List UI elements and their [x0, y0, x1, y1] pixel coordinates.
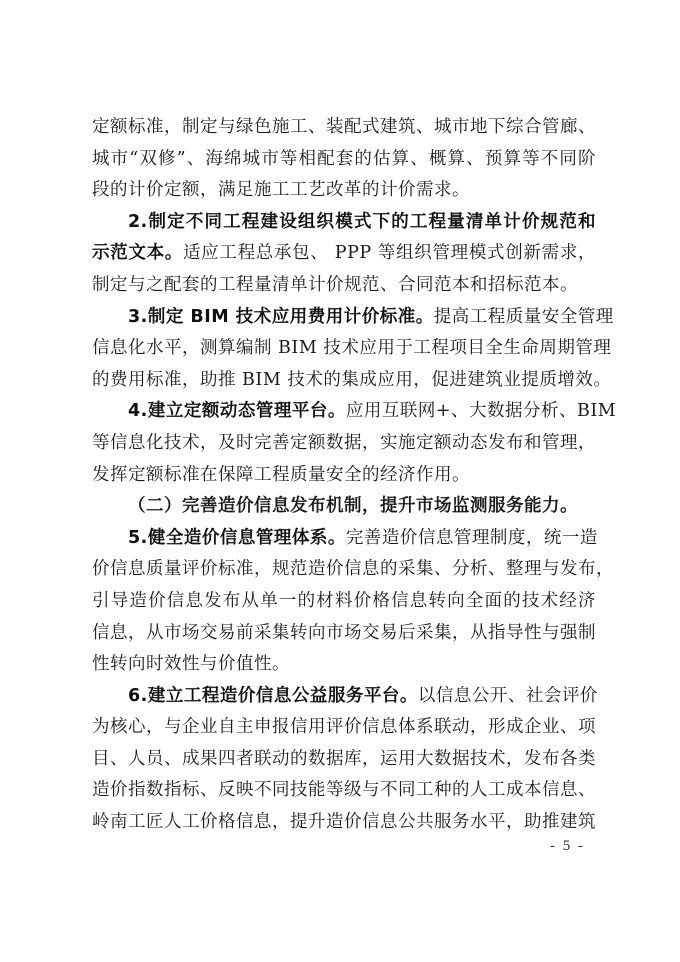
paragraph-line: 定额标准，制定与绿色施工、装配式建筑、城市地下综合管廊、: [92, 112, 596, 144]
body-text: 城市“双修”、海绵城市等相配套的估算、概算、预算等不同阶: [92, 149, 596, 169]
body-text: 信息，从市场交易前采集转向市场交易后采集，从指导性与强制: [92, 623, 596, 643]
body-text: 目、人员、成果四者联动的数据库，运用大数据技术，发布各类: [92, 749, 596, 769]
item-heading: 5.健全造价信息管理体系。: [128, 528, 346, 548]
paragraph-line: 造价指数指标、反映不同技能等级与不同工种的人工成本信息、: [92, 775, 596, 807]
item-heading: 3.制定 BIM 技术应用费用计价标准。: [128, 307, 434, 327]
body-text: 完善造价信息管理制度，统一造: [346, 528, 598, 548]
paragraph-line: 示范文本。适应工程总承包、 PPP 等组织管理模式创新需求，: [92, 238, 596, 270]
body-text: 发挥定额标准在保障工程质量安全的经济作用。: [92, 465, 470, 485]
paragraph-line: 价信息质量评价标准，规范造价信息的采集、分析、整理与发布，: [92, 554, 596, 586]
paragraph-line: 城市“双修”、海绵城市等相配套的估算、概算、预算等不同阶: [92, 144, 596, 176]
body-text: 性转向时效性与价值性。: [92, 654, 290, 674]
body-text: 定额标准，制定与绿色施工、装配式建筑、城市地下综合管廊、: [92, 117, 596, 137]
body-text: 引导造价信息发布从单一的材料价格信息转向全面的技术经济: [92, 591, 596, 611]
section-heading-text: （二）完善造价信息发布机制，提升市场监测服务能力。: [128, 496, 578, 516]
paragraph-line: 的费用标准，助推 BIM 技术的集成应用，促进建筑业提质增效。: [92, 365, 596, 397]
paragraph-line: 等信息化技术，及时完善定额数据，实施定额动态发布和管理，: [92, 428, 596, 460]
body-text: 制定与之配套的工程量清单计价规范、合同范本和招标范本。: [92, 275, 578, 295]
item-3-heading-line: 3.制定 BIM 技术应用费用计价标准。提高工程质量安全管理: [92, 302, 596, 334]
item-heading: 4.建立定额动态管理平台。: [128, 401, 346, 421]
paragraph-line: 岭南工匠人工价格信息，提升造价信息公共服务水平，助推建筑: [92, 807, 596, 839]
body-text: 的费用标准，助推 BIM 技术的集成应用，促进建筑业提质增效。: [92, 370, 611, 390]
paragraph-line: 引导造价信息发布从单一的材料价格信息转向全面的技术经济: [92, 586, 596, 618]
item-heading: 示范文本。: [92, 243, 183, 263]
paragraph-line: 目、人员、成果四者联动的数据库，运用大数据技术，发布各类: [92, 744, 596, 776]
body-text: 造价指数指标、反映不同技能等级与不同工种的人工成本信息、: [92, 780, 596, 800]
paragraph-line: 信息化水平，测算编制 BIM 技术应用于工程项目全生命周期管理: [92, 333, 596, 365]
paragraph-line: 制定与之配套的工程量清单计价规范、合同范本和招标范本。: [92, 270, 596, 302]
body-text: 以信息公开、社会评价: [418, 686, 598, 706]
paragraph-line: 性转向时效性与价值性。: [92, 649, 596, 681]
paragraph-line: 为核心，与企业自主申报信用评价信息体系联动，形成企业、项: [92, 712, 596, 744]
item-heading: 6.建立工程造价信息公益服务平台。: [128, 686, 418, 706]
item-2-heading-line: 2.制定不同工程建设组织模式下的工程量清单计价规范和: [92, 207, 596, 239]
item-4-heading-line: 4.建立定额动态管理平台。应用互联网+、大数据分析、BIM: [92, 396, 596, 428]
item-6-heading-line: 6.建立工程造价信息公益服务平台。以信息公开、社会评价: [92, 681, 596, 713]
body-text: 适应工程总承包、 PPP 等组织管理模式创新需求，: [183, 243, 596, 263]
paragraph-line: 发挥定额标准在保障工程质量安全的经济作用。: [92, 460, 596, 492]
body-text: 等信息化技术，及时完善定额数据，实施定额动态发布和管理，: [92, 433, 596, 453]
paragraph-line: 信息，从市场交易前采集转向市场交易后采集，从指导性与强制: [92, 618, 596, 650]
body-text: 应用互联网+、大数据分析、BIM: [346, 401, 616, 421]
body-text: 提高工程质量安全管理: [434, 307, 614, 327]
body-text: 段的计价定额，满足施工工艺改革的计价需求。: [92, 180, 470, 200]
document-body: 定额标准，制定与绿色施工、装配式建筑、城市地下综合管廊、 城市“双修”、海绵城市…: [92, 112, 596, 839]
document-page: 定额标准，制定与绿色施工、装配式建筑、城市地下综合管廊、 城市“双修”、海绵城市…: [0, 0, 680, 962]
page-number: - 5 -: [550, 838, 585, 855]
item-5-heading-line: 5.健全造价信息管理体系。完善造价信息管理制度，统一造: [92, 523, 596, 555]
paragraph-line: 段的计价定额，满足施工工艺改革的计价需求。: [92, 175, 596, 207]
section-heading: （二）完善造价信息发布机制，提升市场监测服务能力。: [92, 491, 596, 523]
item-heading: 2.制定不同工程建设组织模式下的工程量清单计价规范和: [128, 212, 596, 232]
body-text: 为核心，与企业自主申报信用评价信息体系联动，形成企业、项: [92, 717, 596, 737]
body-text: 信息化水平，测算编制 BIM 技术应用于工程项目全生命周期管理: [92, 338, 611, 358]
body-text: 价信息质量评价标准，规范造价信息的采集、分析、整理与发布，: [92, 559, 614, 579]
body-text: 岭南工匠人工价格信息，提升造价信息公共服务水平，助推建筑: [92, 812, 596, 832]
